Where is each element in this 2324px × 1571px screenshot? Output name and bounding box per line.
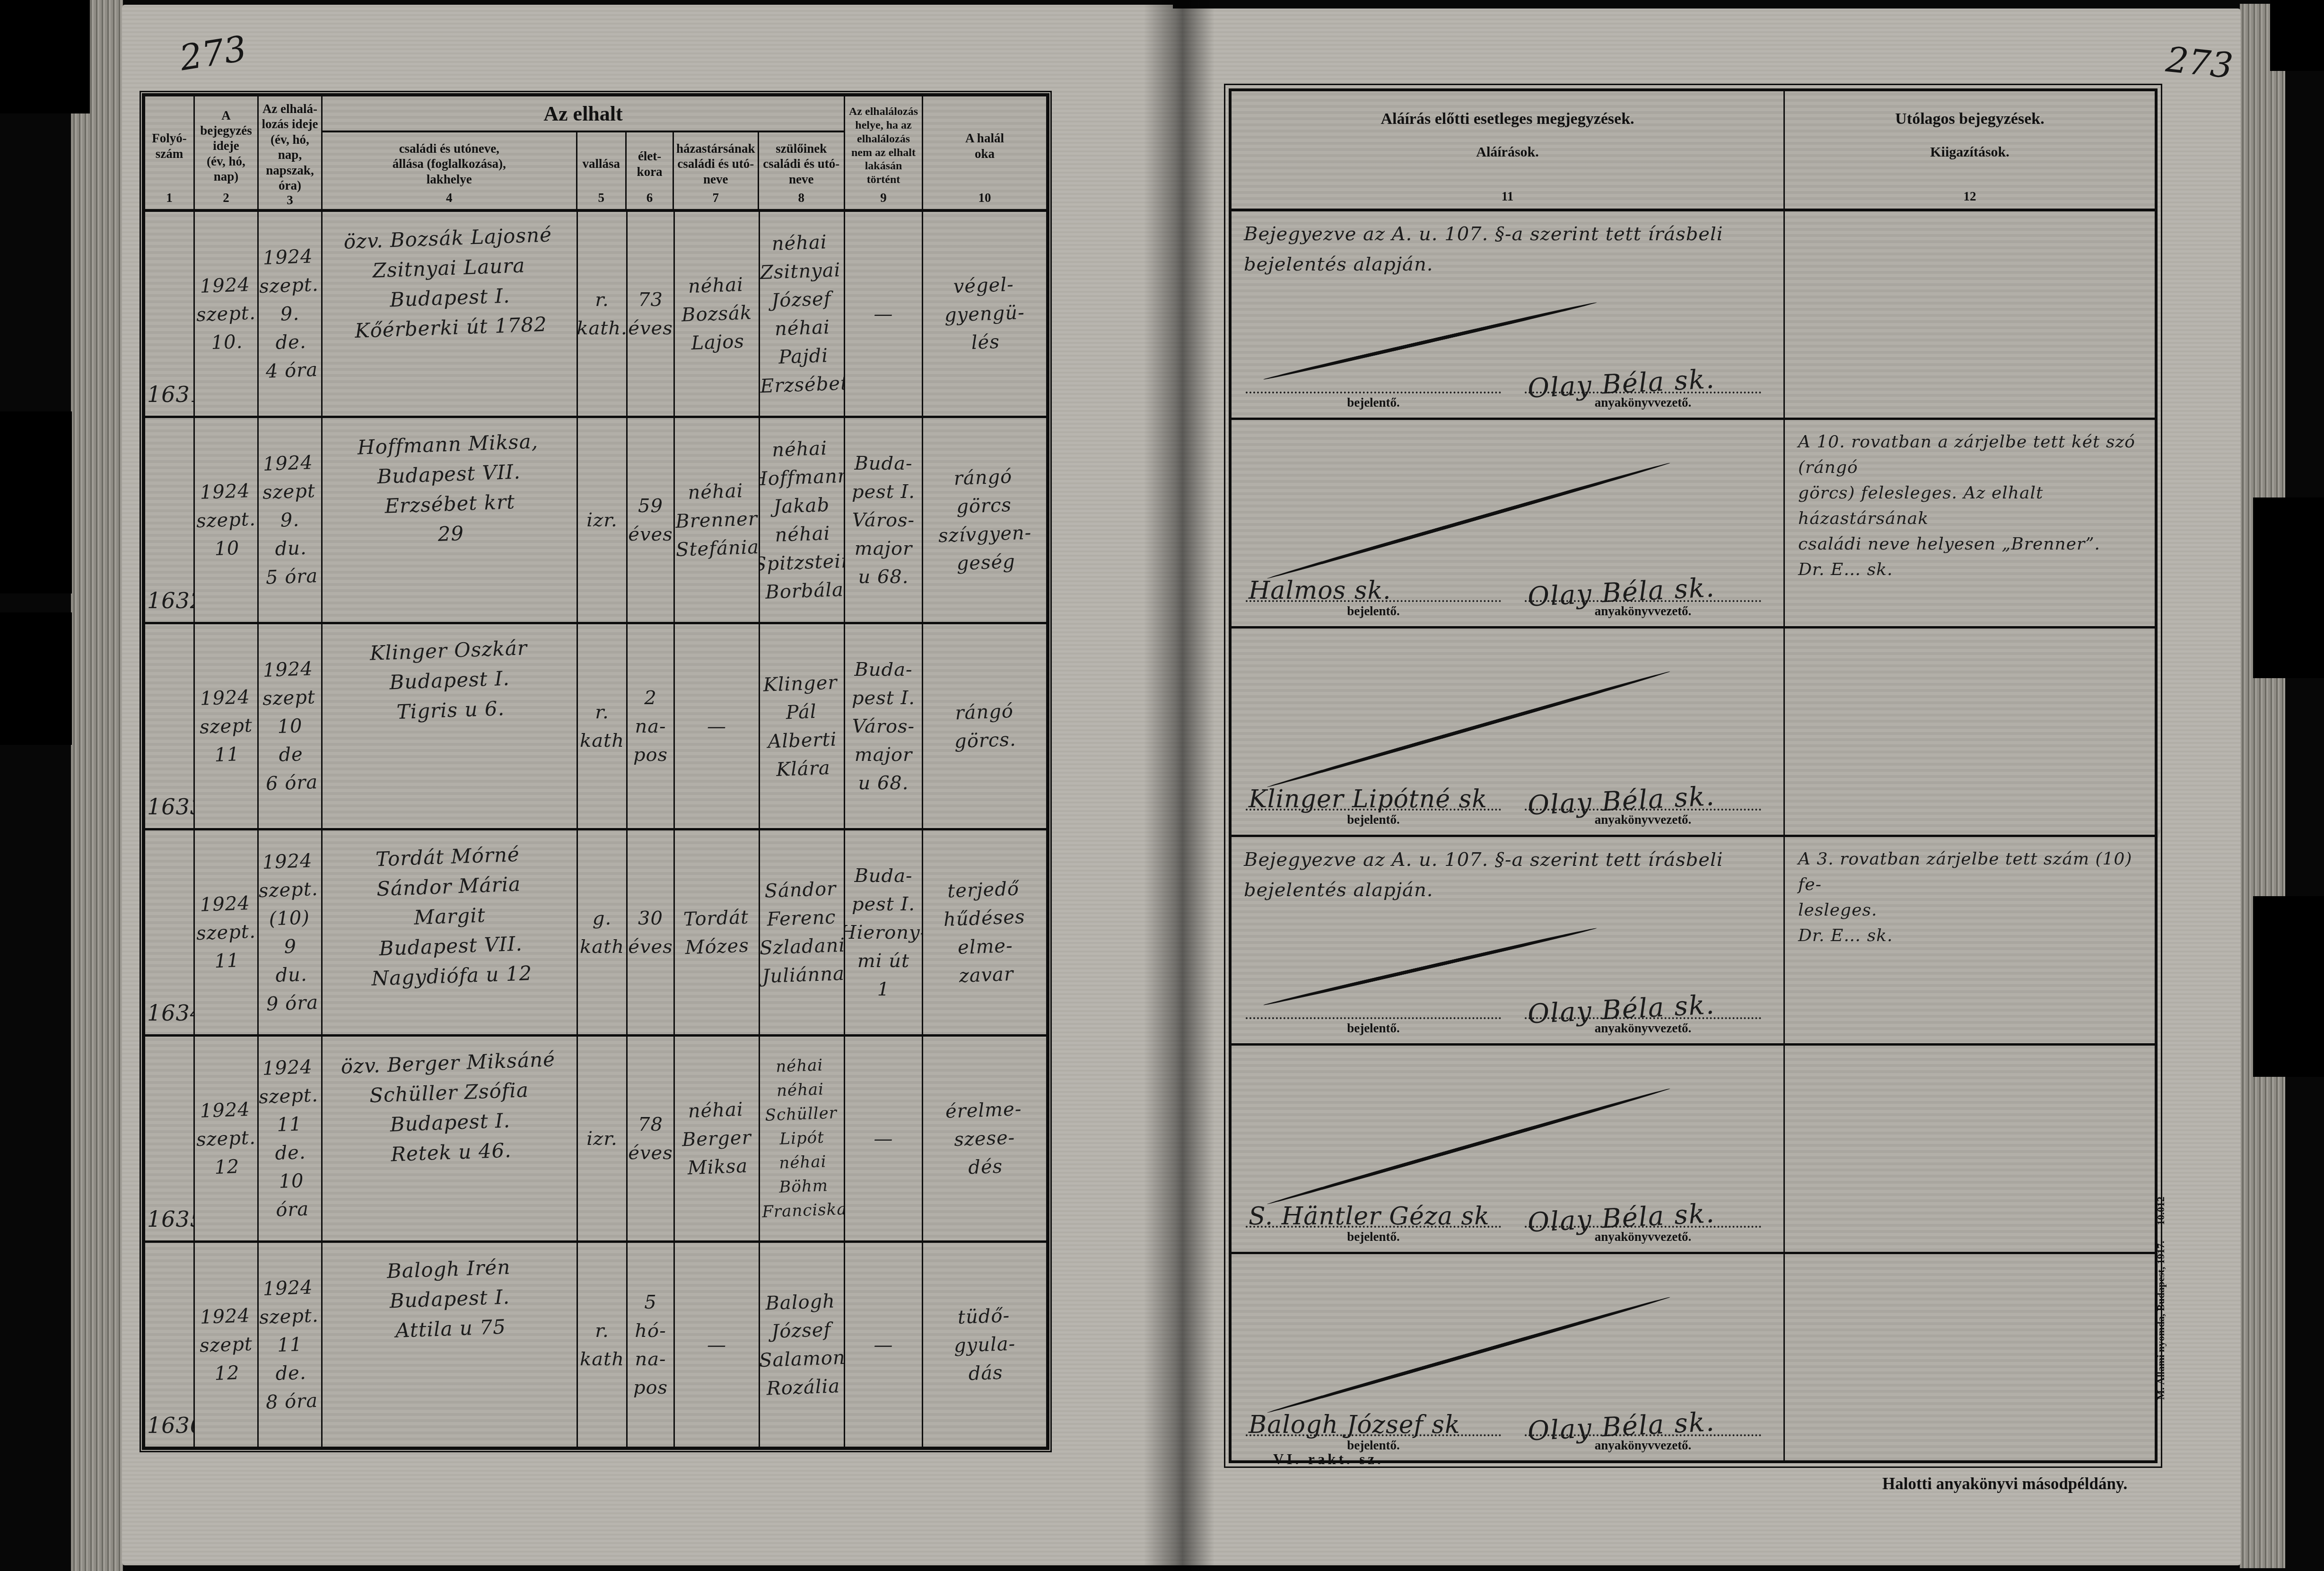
- reporter-label: bejelentő.: [1246, 1021, 1501, 1036]
- registrar-signature-block: Olay Béla sk. anyakönyvvezető.: [1525, 576, 1761, 619]
- column-header-utolagos-bejegyzesek: Utólagos bejegyzések. Kiigazítások. 12: [1785, 91, 2155, 209]
- column-header-halal-oka: A halál oka 10: [923, 96, 1046, 209]
- death-date: 1924 szept 9. du. 5 óra: [261, 448, 319, 592]
- column-number: 9: [847, 191, 920, 205]
- signature-cell: Klinger Lipótné sk bejelentő. Olay Béla …: [1232, 628, 1785, 835]
- pen-stroke: [1267, 461, 1671, 580]
- deceased-name-address: özv. Bozsák Lajosné Zsitnyai Laura Budap…: [343, 219, 556, 346]
- reporter-signature-block: bejelentő.: [1246, 368, 1501, 410]
- book-page-edges-left: [71, 0, 123, 1571]
- reporter-label: bejelentő.: [1246, 604, 1501, 619]
- column-header-elhalalozas-ideje: Az elhalá- lozás ideje (év, hó, nap, nap…: [259, 96, 323, 209]
- reporter-label: bejelentő.: [1246, 395, 1501, 410]
- parents-names: néhai Zsitnyai József néhai Pajdi Erzséb…: [760, 227, 845, 400]
- column-number: 11: [1241, 189, 1774, 204]
- registration-note: Bejegyezve az A. u. 107. §-a szerint tet…: [1244, 219, 1771, 279]
- column-number: 1: [147, 191, 192, 205]
- registrar-signature-block: Olay Béla sk. anyakönyvvezető.: [1525, 1410, 1761, 1453]
- signature-row: Bejegyezve az A. u. 107. §-a szerint tet…: [1232, 837, 2155, 1046]
- table-row: 1634 1924 szept. 11 1924 szept. (10) 9 d…: [145, 830, 1046, 1037]
- registrar-signature-block: Olay Béla sk. anyakönyvvezető.: [1525, 1202, 1761, 1244]
- column-header-szulok: szülőinek családi és utó- neve 8: [759, 132, 844, 209]
- reporter-signature-block: Klinger Lipótné sk bejelentő.: [1246, 785, 1501, 827]
- column-number: 2: [197, 191, 255, 205]
- group-header-label: Az elhalt: [323, 96, 844, 132]
- signature-cell: Halmos sk. bejelentő. Olay Béla sk. anya…: [1232, 420, 1785, 626]
- registration-note: Bejegyezve az A. u. 107. §-a szerint tet…: [1244, 845, 1771, 905]
- column-number: 3: [261, 193, 319, 208]
- column-number: 8: [761, 191, 842, 205]
- reporter-signature-block: S. Häntler Géza sk bejelentő.: [1246, 1202, 1501, 1244]
- column-label: A bejegyzés ideje (év, hó, nap): [197, 108, 255, 184]
- column-number: 5: [579, 191, 624, 205]
- entry-number: 1635: [147, 1203, 195, 1236]
- column-subtitle: Aláírások.: [1241, 144, 1774, 160]
- entry-number: 1632: [147, 585, 195, 617]
- left-table-header: Folyó- szám 1 A bejegyzés ideje (év, hó,…: [145, 96, 1046, 212]
- registrar-signature-block: Olay Béla sk. anyakönyvvezető.: [1525, 785, 1761, 827]
- column-subtitle: Kiigazítások.: [1794, 144, 2145, 160]
- pen-stroke: [1267, 1087, 1671, 1206]
- column-number: 10: [925, 191, 1044, 205]
- religion: izr.: [586, 1125, 617, 1153]
- column-number: 6: [629, 191, 671, 205]
- signature-cell: Balogh József sk bejelentő. Olay Béla sk…: [1232, 1254, 1785, 1460]
- column-header-eletkora: élet- kora 6: [627, 132, 674, 209]
- death-date: 1924 szept. 11 de. 8 óra: [259, 1273, 322, 1416]
- death-date: 1924 szept. 9. de. 4 óra: [259, 242, 322, 385]
- table-row: 1631 1924 szept. 10. 1924 szept. 9. de. …: [145, 212, 1046, 418]
- book-scan: 273 273 Folyó- szám 1 A bejegyzés ideje …: [0, 0, 2324, 1571]
- column-label: Folyó- szám: [147, 131, 192, 161]
- deceased-name-address: Balogh Irén Budapest I. Attila u 75: [386, 1252, 513, 1345]
- reporter-label: bejelentő.: [1246, 812, 1501, 827]
- place-of-death: —: [874, 300, 893, 328]
- table-row: 1633 1924 szept 11 1924 szept 10 de 6 ór…: [145, 624, 1046, 830]
- signature-row: Balogh József sk bejelentő. Olay Béla sk…: [1232, 1254, 2155, 1460]
- column-header-elhalalozas-helye: Az elhalálozás helye, ha az elhalálozás …: [845, 96, 923, 209]
- registration-date: 1924 szept 12: [198, 1301, 254, 1388]
- religion: g. kath: [580, 904, 624, 961]
- death-date: 1924 szept. (10) 9 du. 9 óra: [259, 846, 323, 1018]
- spouse-name: —: [707, 1331, 726, 1359]
- column-number: 7: [676, 191, 756, 205]
- place-of-death: Buda- pest I. Város- major u 68.: [852, 655, 915, 797]
- death-date: 1924 szept 10 de 6 óra: [261, 655, 319, 798]
- storage-number-label: VI. rakt. sz.: [1273, 1451, 1384, 1468]
- signature-cell: Bejegyezve az A. u. 107. §-a szerint tet…: [1232, 837, 1785, 1043]
- death-register-table: Folyó- szám 1 A bejegyzés ideje (év, hó,…: [142, 93, 1049, 1450]
- later-entry-note: A 10. rovatban a zárjelbe tett két szó (…: [1798, 432, 2135, 579]
- deceased-name-address: özv. Berger Miksáné Schüller Zsófia Buda…: [341, 1044, 559, 1171]
- scan-artifact-tab: [0, 0, 90, 113]
- signature-line: [1246, 1017, 1501, 1019]
- age: 5 hó- na- pos: [633, 1288, 668, 1402]
- pen-stroke: [1267, 1295, 1671, 1414]
- cause-of-death: rángó görcs.: [953, 697, 1017, 755]
- cause-of-death: rángó görcs szívgyen- geség: [936, 462, 1033, 578]
- column-label: házastársának családi és utó- neve: [676, 141, 756, 187]
- pen-stroke: [1267, 670, 1671, 789]
- document-type-label: Halotti anyakönyvi másodpéldány.: [1882, 1475, 2127, 1493]
- later-entry-cell: [1785, 628, 2155, 835]
- religion: r. kath: [580, 698, 624, 755]
- column-group-az-elhalt: Az elhalt családi és utóneve, állása (fo…: [323, 96, 845, 209]
- column-label: szülőinek családi és utó- neve: [761, 141, 842, 187]
- reporter-signature-block: Balogh József sk bejelentő.: [1246, 1411, 1501, 1453]
- entry-number: 1633: [147, 791, 195, 823]
- reporter-signature: Halmos sk.: [1246, 576, 1501, 607]
- scan-artifact-tab: [0, 612, 72, 745]
- column-label: Az elhalá- lozás ideje (év, hó, nap, nap…: [261, 101, 319, 193]
- signature-row: Bejegyezve az A. u. 107. §-a szerint tet…: [1232, 211, 2155, 420]
- column-header-hazastars: házastársának családi és utó- neve 7: [674, 132, 759, 209]
- spouse-name: Tordát Mózes: [683, 903, 750, 962]
- signature-row: Klinger Lipótné sk bejelentő. Olay Béla …: [1232, 628, 2155, 837]
- reporter-signature-block: Halmos sk. bejelentő.: [1246, 576, 1501, 619]
- place-of-death: —: [874, 1331, 893, 1359]
- reporter-signature: [1246, 994, 1501, 1024]
- reporter-signature: S. Häntler Géza sk: [1246, 1202, 1501, 1232]
- scan-artifact-tab: [2270, 0, 2324, 71]
- spouse-name: —: [707, 712, 726, 741]
- age: 78 éves: [628, 1110, 673, 1167]
- book-page-edges-right: [2240, 4, 2285, 1568]
- religion: r. kath.: [578, 286, 628, 342]
- signature-cell: Bejegyezve az A. u. 107. §-a szerint tet…: [1232, 211, 1785, 418]
- column-number: 12: [1794, 189, 2145, 204]
- page-number-right: 273: [2164, 39, 2235, 87]
- place-of-death: Buda- pest I. Város- major u 68.: [852, 449, 915, 591]
- column-header-bejegyzes-ideje: A bejegyzés ideje (év, hó, nap) 2: [195, 96, 259, 209]
- scan-artifact-tab: [2253, 896, 2324, 1077]
- column-header-alairasok: Aláírás előtti esetleges megjegyzések. A…: [1232, 91, 1785, 209]
- age: 73 éves: [628, 286, 673, 342]
- signature-line: [1246, 392, 1501, 393]
- registrar-signature-block: Olay Béla sk. anyakönyvvezető.: [1525, 367, 1761, 410]
- cause-of-death: végel- gyengü- lés: [943, 270, 1026, 358]
- right-table-header: Aláírás előtti esetleges megjegyzések. A…: [1232, 91, 2155, 211]
- cause-of-death: érelme- szese- dés: [945, 1095, 1024, 1183]
- parents-names: Sándor Ferenc Szladani Juliánna: [760, 874, 845, 990]
- reporter-signature: Klinger Lipótné sk: [1246, 785, 1501, 815]
- registrar-signature-block: Olay Béla sk. anyakönyvvezető.: [1525, 993, 1761, 1036]
- column-title: Utólagos bejegyzések.: [1794, 110, 2145, 128]
- table-row: 1636. 1924 szept 12 1924 szept. 11 de. 8…: [145, 1243, 1046, 1447]
- registration-date: 1924 szept 11: [198, 683, 254, 770]
- later-entry-cell: [1785, 1046, 2155, 1252]
- registration-date: 1924 szept. 10: [195, 476, 257, 563]
- column-header-neve-lakhelye: családi és utóneve, állása (foglalkozása…: [323, 132, 577, 209]
- reporter-signature: [1246, 368, 1501, 398]
- column-header-folyoszam: Folyó- szám 1: [145, 96, 195, 209]
- parents-names: néhai Hoffmann Jakab néhai Spitzstein Bo…: [760, 433, 845, 607]
- later-entry-note: A 3. rovatban zárjelbe tett szám (10) fe…: [1798, 849, 2132, 945]
- later-entry-cell: A 3. rovatban zárjelbe tett szám (10) fe…: [1785, 837, 2155, 1043]
- later-entry-cell: [1785, 1254, 2155, 1460]
- reporter-signature: Balogh József sk: [1246, 1411, 1501, 1441]
- signature-row: S. Häntler Géza sk bejelentő. Olay Béla …: [1232, 1046, 2155, 1254]
- age: 59 éves: [628, 492, 673, 549]
- parents-names: Balogh József Salamon Rozália: [760, 1286, 845, 1403]
- cause-of-death: tüdő- gyula- dás: [952, 1301, 1017, 1388]
- parents-names: néhai néhai Schüller Lipót néhai Böhm Fr…: [760, 1053, 845, 1224]
- parents-names: Klinger Pál Alberti Klára: [763, 668, 841, 784]
- religion: r. kath: [580, 1317, 624, 1373]
- column-header-vallasa: vallása 5: [577, 132, 627, 209]
- later-entry-cell: A 10. rovatban a zárjelbe tett két szó (…: [1785, 420, 2155, 626]
- age: 30 éves: [628, 904, 673, 961]
- entry-number: 1636.: [147, 1409, 195, 1442]
- registration-date: 1924 szept. 12: [195, 1095, 257, 1182]
- spouse-name: néhai Brenner Stefánia: [675, 476, 760, 564]
- reporter-label: bejelentő.: [1246, 1230, 1501, 1244]
- deceased-name-address: Hoffmann Miksa, Budapest VII. Erzsébet k…: [357, 426, 542, 551]
- column-label: A halál oka: [925, 131, 1044, 161]
- spouse-name: néhai Berger Miksa: [681, 1095, 753, 1182]
- spouse-name: néhai Bozsák Lajos: [680, 270, 753, 358]
- entry-number: 1631: [147, 378, 195, 411]
- scan-artifact-tab: [2253, 497, 2324, 678]
- place-of-death: —: [874, 1125, 893, 1153]
- deceased-name-address: Tordát Mórné Sándor Mária Margit Budapes…: [367, 839, 533, 994]
- death-date: 1924 szept. 11 de. 10 óra: [259, 1052, 323, 1224]
- religion: izr.: [586, 506, 617, 534]
- column-title: Aláírás előtti esetleges megjegyzések.: [1241, 110, 1774, 128]
- age: 2 na- pos: [633, 684, 668, 769]
- place-of-death: Buda- pest I. Hierony- mi út 1: [845, 862, 923, 1004]
- entry-number: 1634: [147, 997, 195, 1030]
- table-row: 1635 1924 szept. 12 1924 szept. 11 de. 1…: [145, 1037, 1046, 1243]
- column-number: 4: [324, 191, 574, 205]
- column-label: vallása: [579, 156, 624, 171]
- column-label: élet- kora: [629, 148, 671, 179]
- column-label: családi és utóneve, állása (foglalkozása…: [324, 141, 574, 187]
- printer-imprint: M. Állami nyomda, Budapest, 1917. — 10.0…: [2155, 1196, 2167, 1400]
- table-row: 1632 1924 szept. 10 1924 szept 9. du. 5 …: [145, 418, 1046, 624]
- signature-row: Halmos sk. bejelentő. Olay Béla sk. anya…: [1232, 420, 2155, 628]
- deceased-name-address: Klinger Oszkár Budapest I. Tigris u 6.: [369, 633, 530, 728]
- signature-cell: S. Häntler Géza sk bejelentő. Olay Béla …: [1232, 1046, 1785, 1252]
- column-label: Az elhalálozás helye, ha az elhalálozás …: [847, 105, 920, 187]
- registration-date: 1924 szept. 10.: [195, 270, 257, 357]
- registration-date: 1924 szept. 11: [195, 889, 257, 976]
- signatures-table: Aláírás előtti esetleges megjegyzések. A…: [1229, 88, 2158, 1463]
- cause-of-death: terjedő hűdéses elme- zavar: [942, 874, 1028, 991]
- reporter-signature-block: bejelentő.: [1246, 994, 1501, 1036]
- later-entry-cell: [1785, 211, 2155, 418]
- scan-artifact-tab: [0, 411, 72, 593]
